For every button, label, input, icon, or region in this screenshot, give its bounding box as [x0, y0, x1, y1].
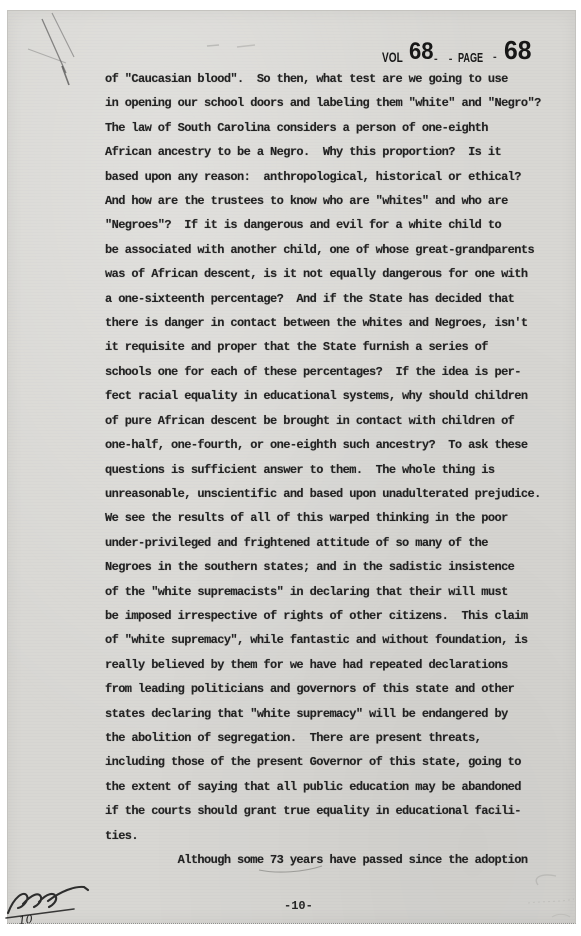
- typewritten-line: of "white supremacy", while fantastic an…: [105, 628, 567, 652]
- scanned-document: VOL 68 - - PAGE - 68 of "Caucasian blood…: [0, 0, 581, 936]
- typewritten-line: of "Caucasian blood". So then, what test…: [105, 67, 567, 91]
- typewritten-line: it requisite and proper that the State f…: [105, 335, 567, 359]
- typewritten-line: based upon any reason: anthropological, …: [105, 165, 567, 189]
- typewritten-line: And how are the trustees to know who are…: [105, 189, 567, 213]
- typewritten-line: fect racial equality in educational syst…: [105, 384, 567, 408]
- scuff-marks-icon: [508, 873, 578, 923]
- typewritten-line: from leading politicians and governors o…: [105, 677, 567, 701]
- typewritten-line: Negroes in the southern states; and in t…: [105, 555, 567, 579]
- typewritten-line: was of African descent, is it not equall…: [105, 262, 567, 286]
- vol-number: 68: [409, 38, 434, 66]
- typewritten-line: be associated with another child, one of…: [105, 238, 567, 262]
- typewritten-text: of "Caucasian blood". So then, what test…: [105, 67, 567, 872]
- typewritten-line: really believed by them for we have had …: [105, 653, 567, 677]
- footer-page-number: -10-: [284, 899, 313, 913]
- page-number-stamp: 68: [504, 35, 531, 66]
- typewritten-line: one-half, one-fourth, or one-eighth such…: [105, 433, 567, 457]
- typewritten-line: "Negroes"? If it is dangerous and evil f…: [105, 213, 567, 237]
- typewritten-line: The law of South Carolina considers a pe…: [105, 116, 567, 140]
- document-page: VOL 68 - - PAGE - 68 of "Caucasian blood…: [7, 10, 576, 924]
- typewritten-line: be imposed irrespective of rights of oth…: [105, 604, 567, 628]
- typewritten-line: African ancestry to be a Negro. Why this…: [105, 140, 567, 164]
- typewritten-line: a one-sixteenth percentage? And if the S…: [105, 287, 567, 311]
- typewritten-line: questions is sufficient answer to them. …: [105, 458, 567, 482]
- handwritten-number: 10: [18, 913, 33, 925]
- typewritten-line: of the "white supremacists" in declaring…: [105, 580, 567, 604]
- typewritten-line: under-privileged and frightened attitude…: [105, 531, 567, 555]
- stamp-dashes: - -: [434, 53, 456, 65]
- page-label: PAGE: [458, 50, 483, 65]
- typewritten-line: if the courts should grant true equality…: [105, 799, 567, 823]
- typewritten-line: the extent of saying that all public edu…: [105, 775, 567, 799]
- typewritten-line: states declaring that "white supremacy" …: [105, 702, 567, 726]
- typewritten-line: the abolition of segregation. There are …: [105, 726, 567, 750]
- typewritten-line: unreasonable, unscientific and based upo…: [105, 482, 567, 506]
- typewritten-line: of pure African descent be brought in co…: [105, 409, 567, 433]
- typewritten-line: schools one for each of these percentage…: [105, 360, 567, 384]
- typewritten-line: We see the results of all of this warped…: [105, 506, 567, 530]
- typewritten-line: in opening our school doors and labeling…: [105, 91, 567, 115]
- vol-label: VOL: [382, 49, 403, 65]
- typewritten-line: including those of the present Governor …: [105, 750, 567, 774]
- typewritten-line: ties.: [105, 824, 567, 848]
- handwritten-initials-icon: 10: [4, 881, 104, 925]
- smudge-marks-icon: [203, 39, 283, 53]
- typewritten-line: there is danger in contact between the w…: [105, 311, 567, 335]
- stamp-dash: -: [493, 51, 497, 63]
- typewritten-line: Although some 73 years have passed since…: [105, 848, 567, 872]
